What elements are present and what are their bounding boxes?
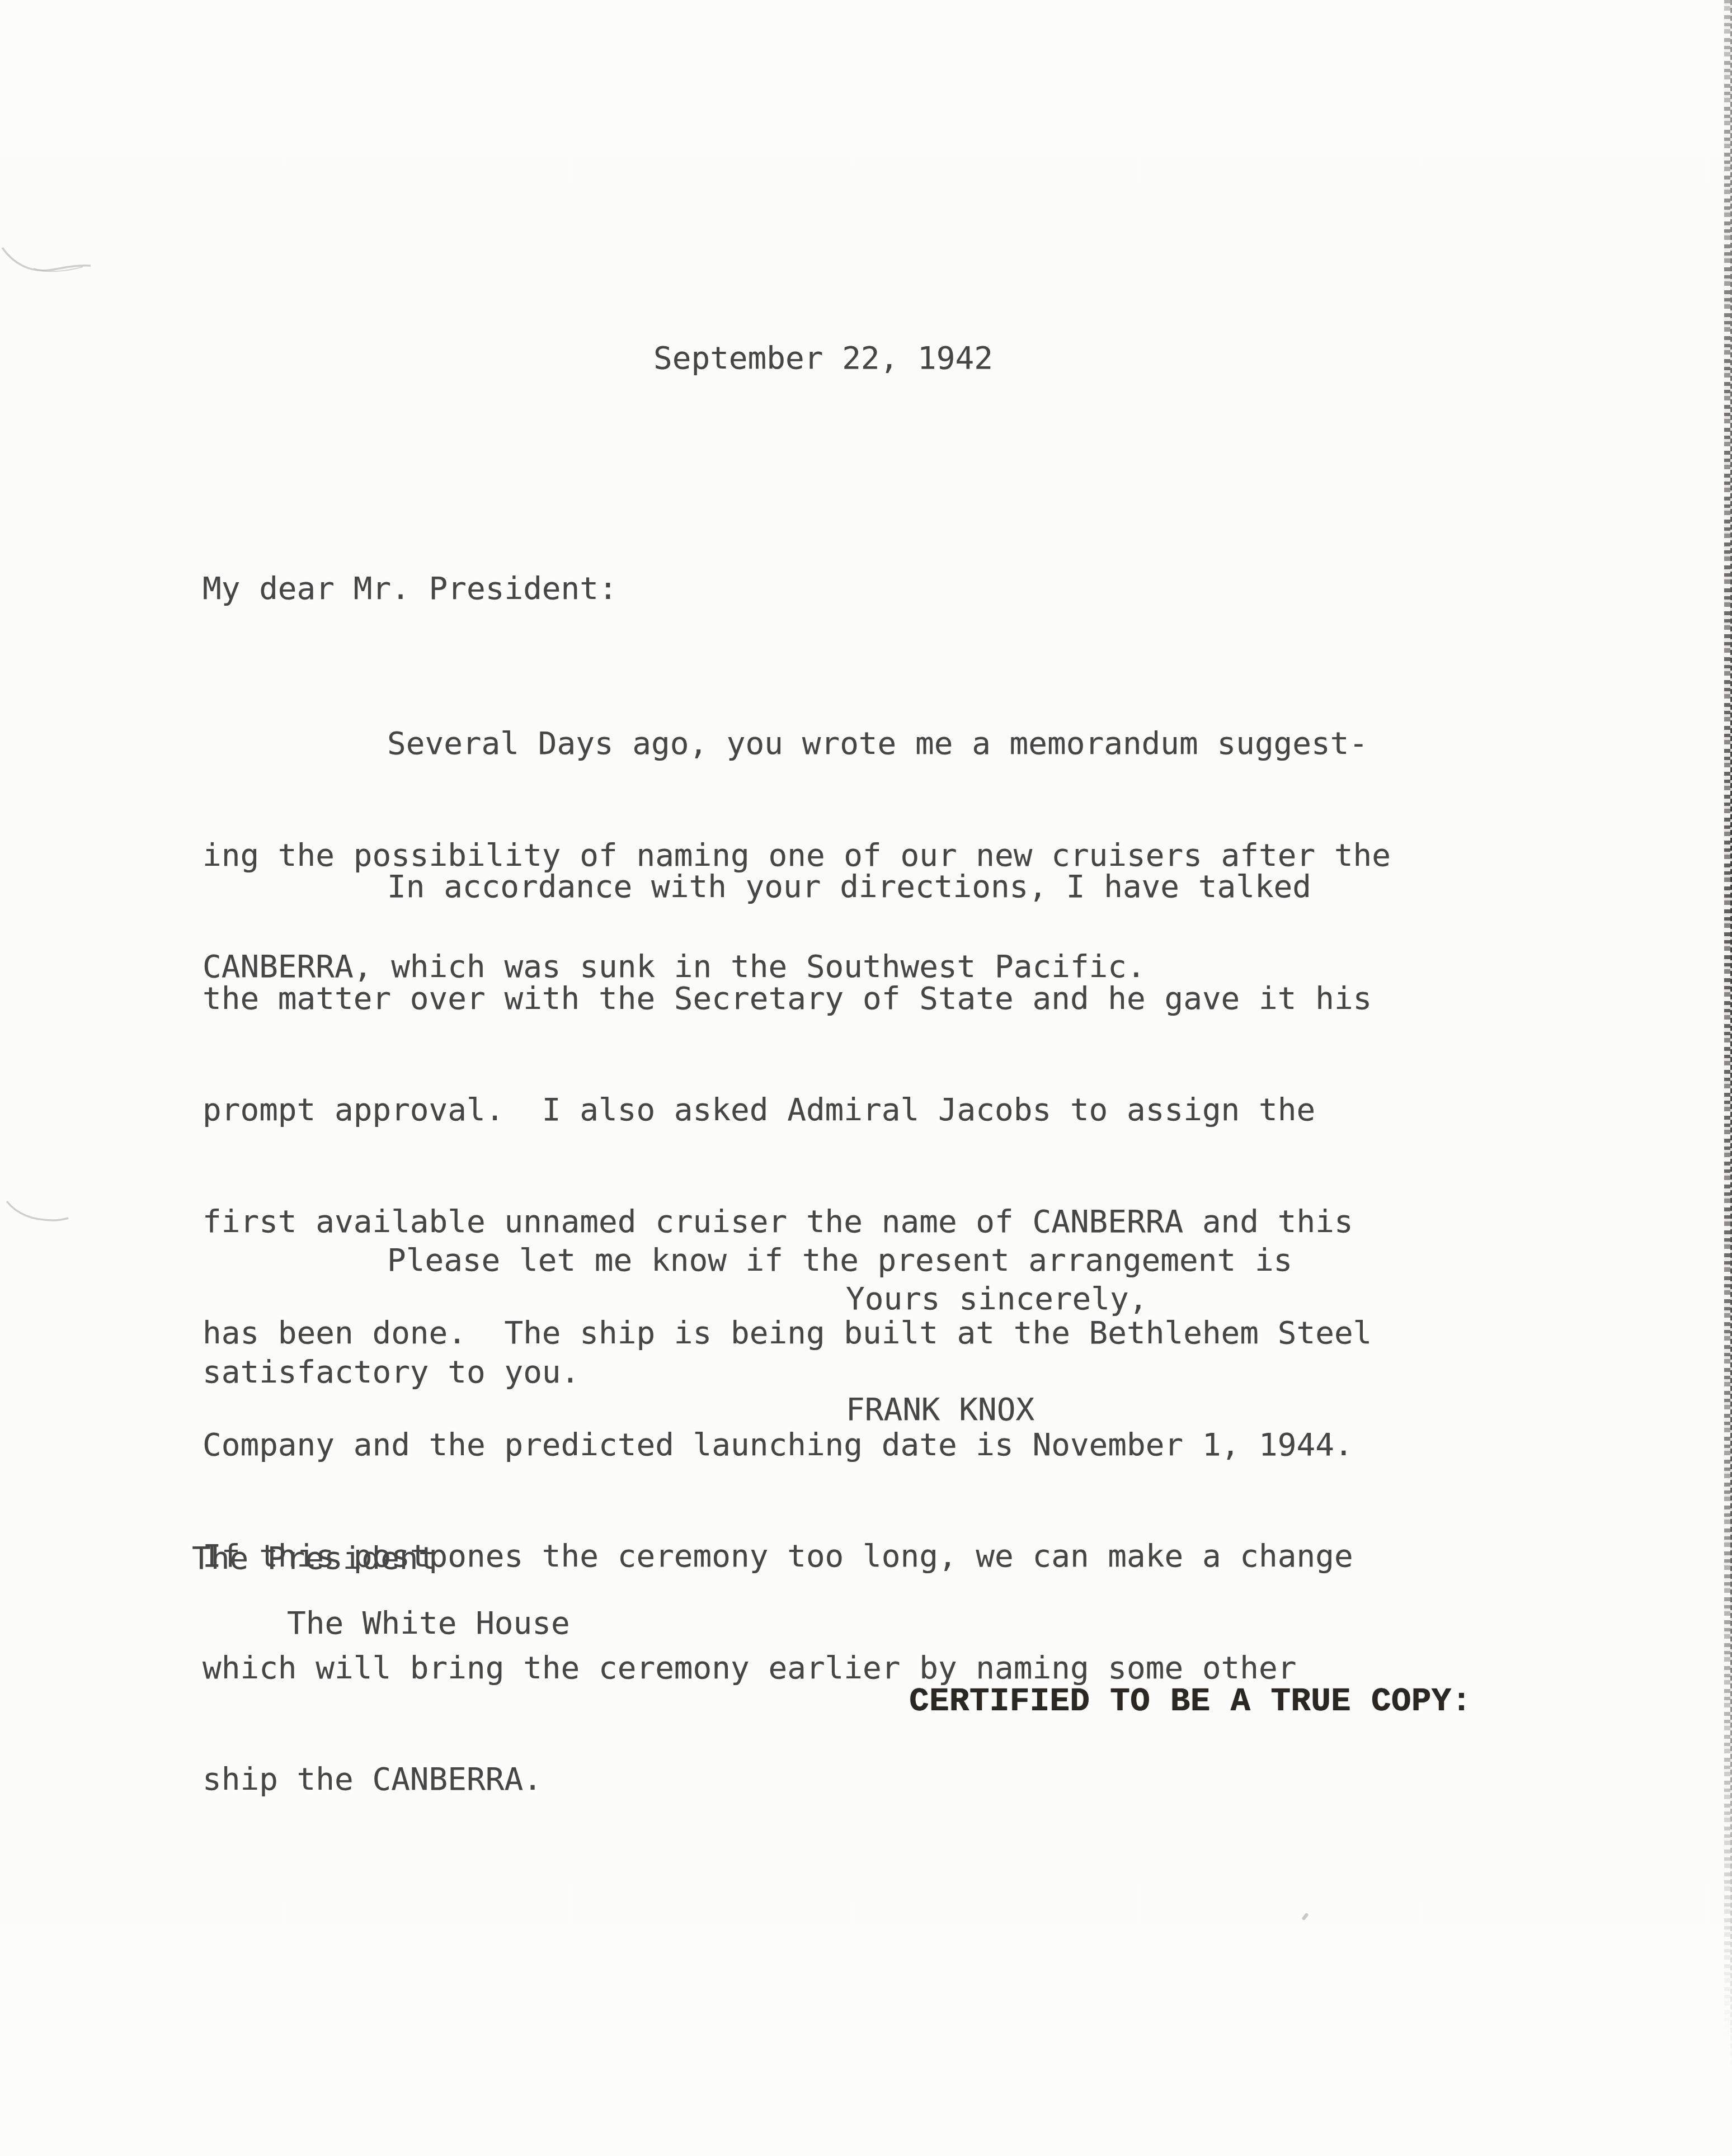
letter-line: ship the CANBERRA. <box>203 1761 1372 1799</box>
letter-line: prompt approval. I also asked Admiral Ja… <box>203 1092 1372 1129</box>
page-curl-mark-top <box>0 238 95 288</box>
letter-line: Several Days ago, you wrote me a memoran… <box>203 725 1391 763</box>
ink-speck <box>1301 1913 1309 1921</box>
letter-line: Please let me know if the present arrang… <box>203 1242 1292 1280</box>
salutation: My dear Mr. President: <box>203 570 618 608</box>
letter-line: which will bring the ceremony earlier by… <box>203 1650 1372 1687</box>
letter-line: satisfactory to you. <box>203 1354 1292 1391</box>
page-curl-mark-middle <box>0 1197 73 1230</box>
letter-line: the matter over with the Secretary of St… <box>203 980 1372 1018</box>
recipient-line-1: The President <box>192 1540 437 1578</box>
letter-date: September 22, 1942 <box>653 340 993 378</box>
recipient-line-2: The White House <box>287 1605 570 1643</box>
scanned-letter-page: September 22, 1942 My dear Mr. President… <box>0 0 1732 2156</box>
certification-stamp: CERTIFIED TO BE A TRUE COPY: <box>909 1682 1471 1721</box>
signature-name: FRANK KNOX <box>846 1391 1034 1429</box>
letter-line: In accordance with your directions, I ha… <box>203 869 1372 906</box>
scan-edge-artifact <box>1724 0 1730 2036</box>
closing: Yours sincerely, <box>846 1281 1147 1318</box>
